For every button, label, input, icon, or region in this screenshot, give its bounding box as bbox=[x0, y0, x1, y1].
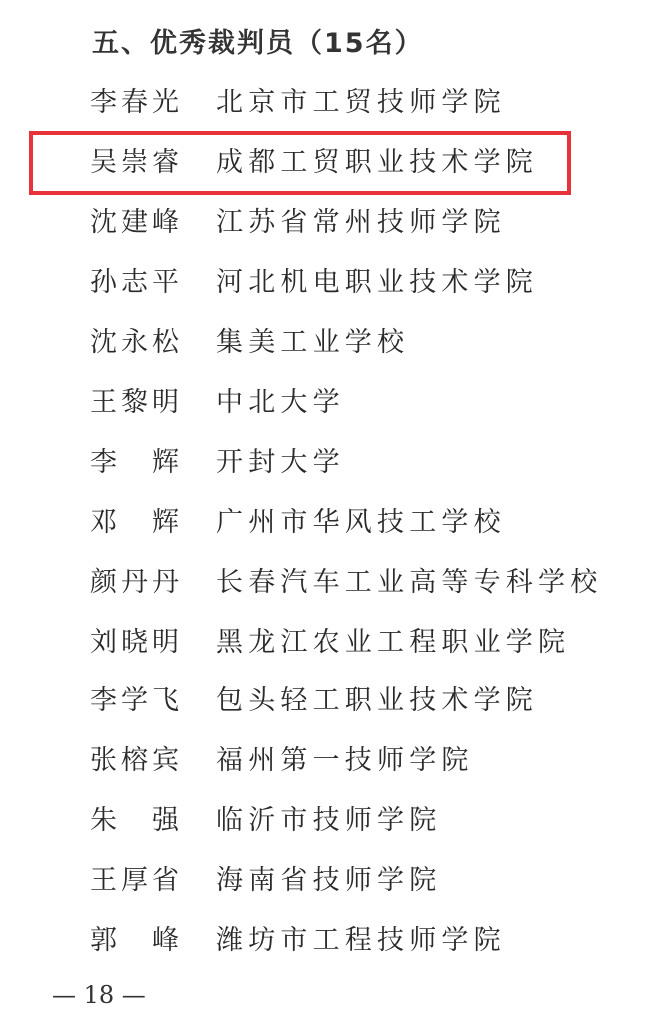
referee-organization: 中北大学 bbox=[216, 373, 345, 433]
referee-name: 朱 强 bbox=[90, 791, 200, 851]
page-number: — 18 — bbox=[52, 975, 146, 1015]
list-item: 李 辉 开封大学 bbox=[0, 433, 671, 493]
referee-name: 吴崇睿 bbox=[90, 133, 200, 193]
list-item: 邓 辉 广州市华风技工学校 bbox=[0, 493, 671, 553]
referee-name: 李 辉 bbox=[90, 433, 200, 493]
referee-organization: 福州第一技师学院 bbox=[216, 731, 474, 791]
referee-organization: 海南省技师学院 bbox=[216, 851, 441, 911]
list-item: 李学飞 包头轻工职业技术学院 bbox=[0, 671, 671, 731]
list-item: 刘晓明 黑龙江农业工程职业学院 bbox=[0, 613, 671, 673]
referee-organization: 河北机电职业技术学院 bbox=[216, 253, 538, 313]
referee-organization: 北京市工贸技师学院 bbox=[216, 73, 506, 133]
referee-organization: 临沂市技师学院 bbox=[216, 791, 441, 851]
referee-name: 颜丹丹 bbox=[90, 553, 200, 613]
referee-organization: 江苏省常州技师学院 bbox=[216, 193, 506, 253]
referee-name: 孙志平 bbox=[90, 253, 200, 313]
list-item: 王黎明 中北大学 bbox=[0, 373, 671, 433]
referee-name: 李春光 bbox=[90, 73, 200, 133]
list-item: 朱 强 临沂市技师学院 bbox=[0, 791, 671, 851]
list-item-highlighted: 吴崇睿 成都工贸职业技术学院 bbox=[0, 133, 671, 193]
referee-name: 王厚省 bbox=[90, 851, 200, 911]
list-item: 李春光 北京市工贸技师学院 bbox=[0, 73, 671, 133]
referee-organization: 成都工贸职业技术学院 bbox=[216, 133, 538, 193]
referee-name: 刘晓明 bbox=[90, 613, 200, 673]
list-item: 王厚省 海南省技师学院 bbox=[0, 851, 671, 911]
referee-organization: 长春汽车工业高等专科学校 bbox=[216, 553, 602, 613]
list-item: 郭 峰 潍坊市工程技师学院 bbox=[0, 911, 671, 971]
referee-name: 李学飞 bbox=[90, 671, 200, 731]
referee-name: 张榕宾 bbox=[90, 731, 200, 791]
referee-organization: 包头轻工职业技术学院 bbox=[216, 671, 538, 731]
referee-name: 沈建峰 bbox=[90, 193, 200, 253]
referee-name: 沈永松 bbox=[90, 313, 200, 373]
list-item: 孙志平 河北机电职业技术学院 bbox=[0, 253, 671, 313]
referee-organization: 黑龙江农业工程职业学院 bbox=[216, 613, 570, 673]
list-item: 颜丹丹 长春汽车工业高等专科学校 bbox=[0, 553, 671, 613]
referee-name: 郭 峰 bbox=[90, 911, 200, 971]
referee-organization: 集美工业学校 bbox=[216, 313, 409, 373]
referee-name: 王黎明 bbox=[90, 373, 200, 433]
list-item: 张榕宾 福州第一技师学院 bbox=[0, 731, 671, 791]
referee-organization: 广州市华风技工学校 bbox=[216, 493, 506, 553]
referee-organization: 开封大学 bbox=[216, 433, 345, 493]
section-heading: 五、优秀裁判员（15名） bbox=[92, 24, 424, 64]
list-item: 沈永松 集美工业学校 bbox=[0, 313, 671, 373]
list-item: 沈建峰 江苏省常州技师学院 bbox=[0, 193, 671, 253]
referee-organization: 潍坊市工程技师学院 bbox=[216, 911, 506, 971]
referee-name: 邓 辉 bbox=[90, 493, 200, 553]
